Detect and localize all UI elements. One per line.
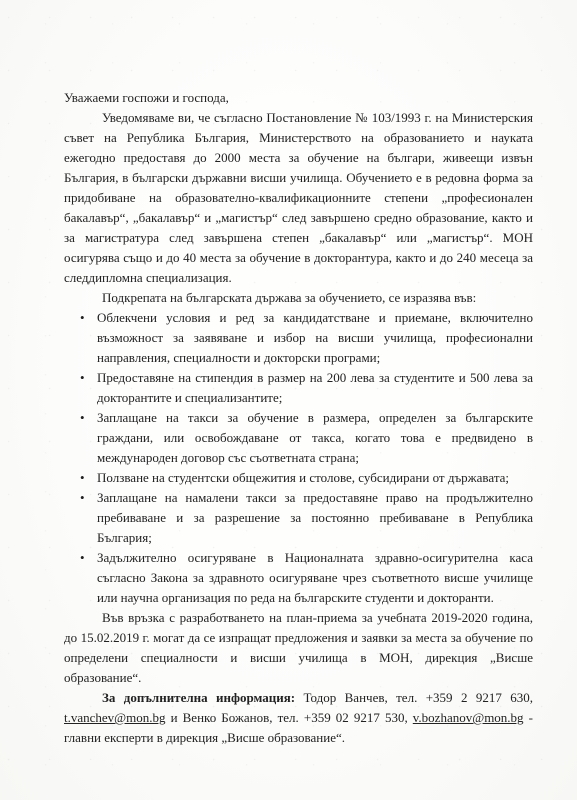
email-tvanchev: t.vanchev@mon.bg	[64, 710, 166, 725]
bullet-item-health-insurance: Задължително осигуряване в Националната …	[64, 548, 533, 608]
support-lead-paragraph: Подкрепата на българската държава за обу…	[64, 288, 533, 308]
contact-paragraph: За допълнителна информация: Тодор Ванчев…	[64, 688, 533, 748]
bullet-item-application-conditions: Облекчени условия и ред за кандидатстван…	[64, 308, 533, 368]
salutation: Уважаеми госпожи и господа,	[64, 88, 533, 108]
bullet-item-dormitories: Ползване на студентски общежития и столо…	[64, 468, 533, 488]
scanned-letter-page: Уважаеми госпожи и господа, Уведомяваме …	[0, 0, 577, 800]
plan-admission-paragraph: Във връзка с разработването на план-прие…	[64, 608, 533, 688]
contact-segment-1: Тодор Ванчев, тел. +359 2 9217 630,	[295, 690, 533, 705]
bullet-item-residence-fees: Заплащане на намалени такси за предостав…	[64, 488, 533, 548]
bullet-item-scholarship: Предоставяне на стипендия в размер на 20…	[64, 368, 533, 408]
bullet-item-tuition-fees: Заплащане на такси за обучение в размера…	[64, 408, 533, 468]
support-bullet-list: Облекчени условия и ред за кандидатстван…	[64, 308, 533, 608]
contact-lead-label: За допълнителна информация:	[102, 690, 295, 705]
intro-paragraph: Уведомяваме ви, че съгласно Постановлени…	[64, 108, 533, 288]
contact-segment-2: и Венко Божанов, тел. +359 02 9217 530,	[166, 710, 413, 725]
email-vbozhanov: v.bozhanov@mon.bg	[413, 710, 524, 725]
